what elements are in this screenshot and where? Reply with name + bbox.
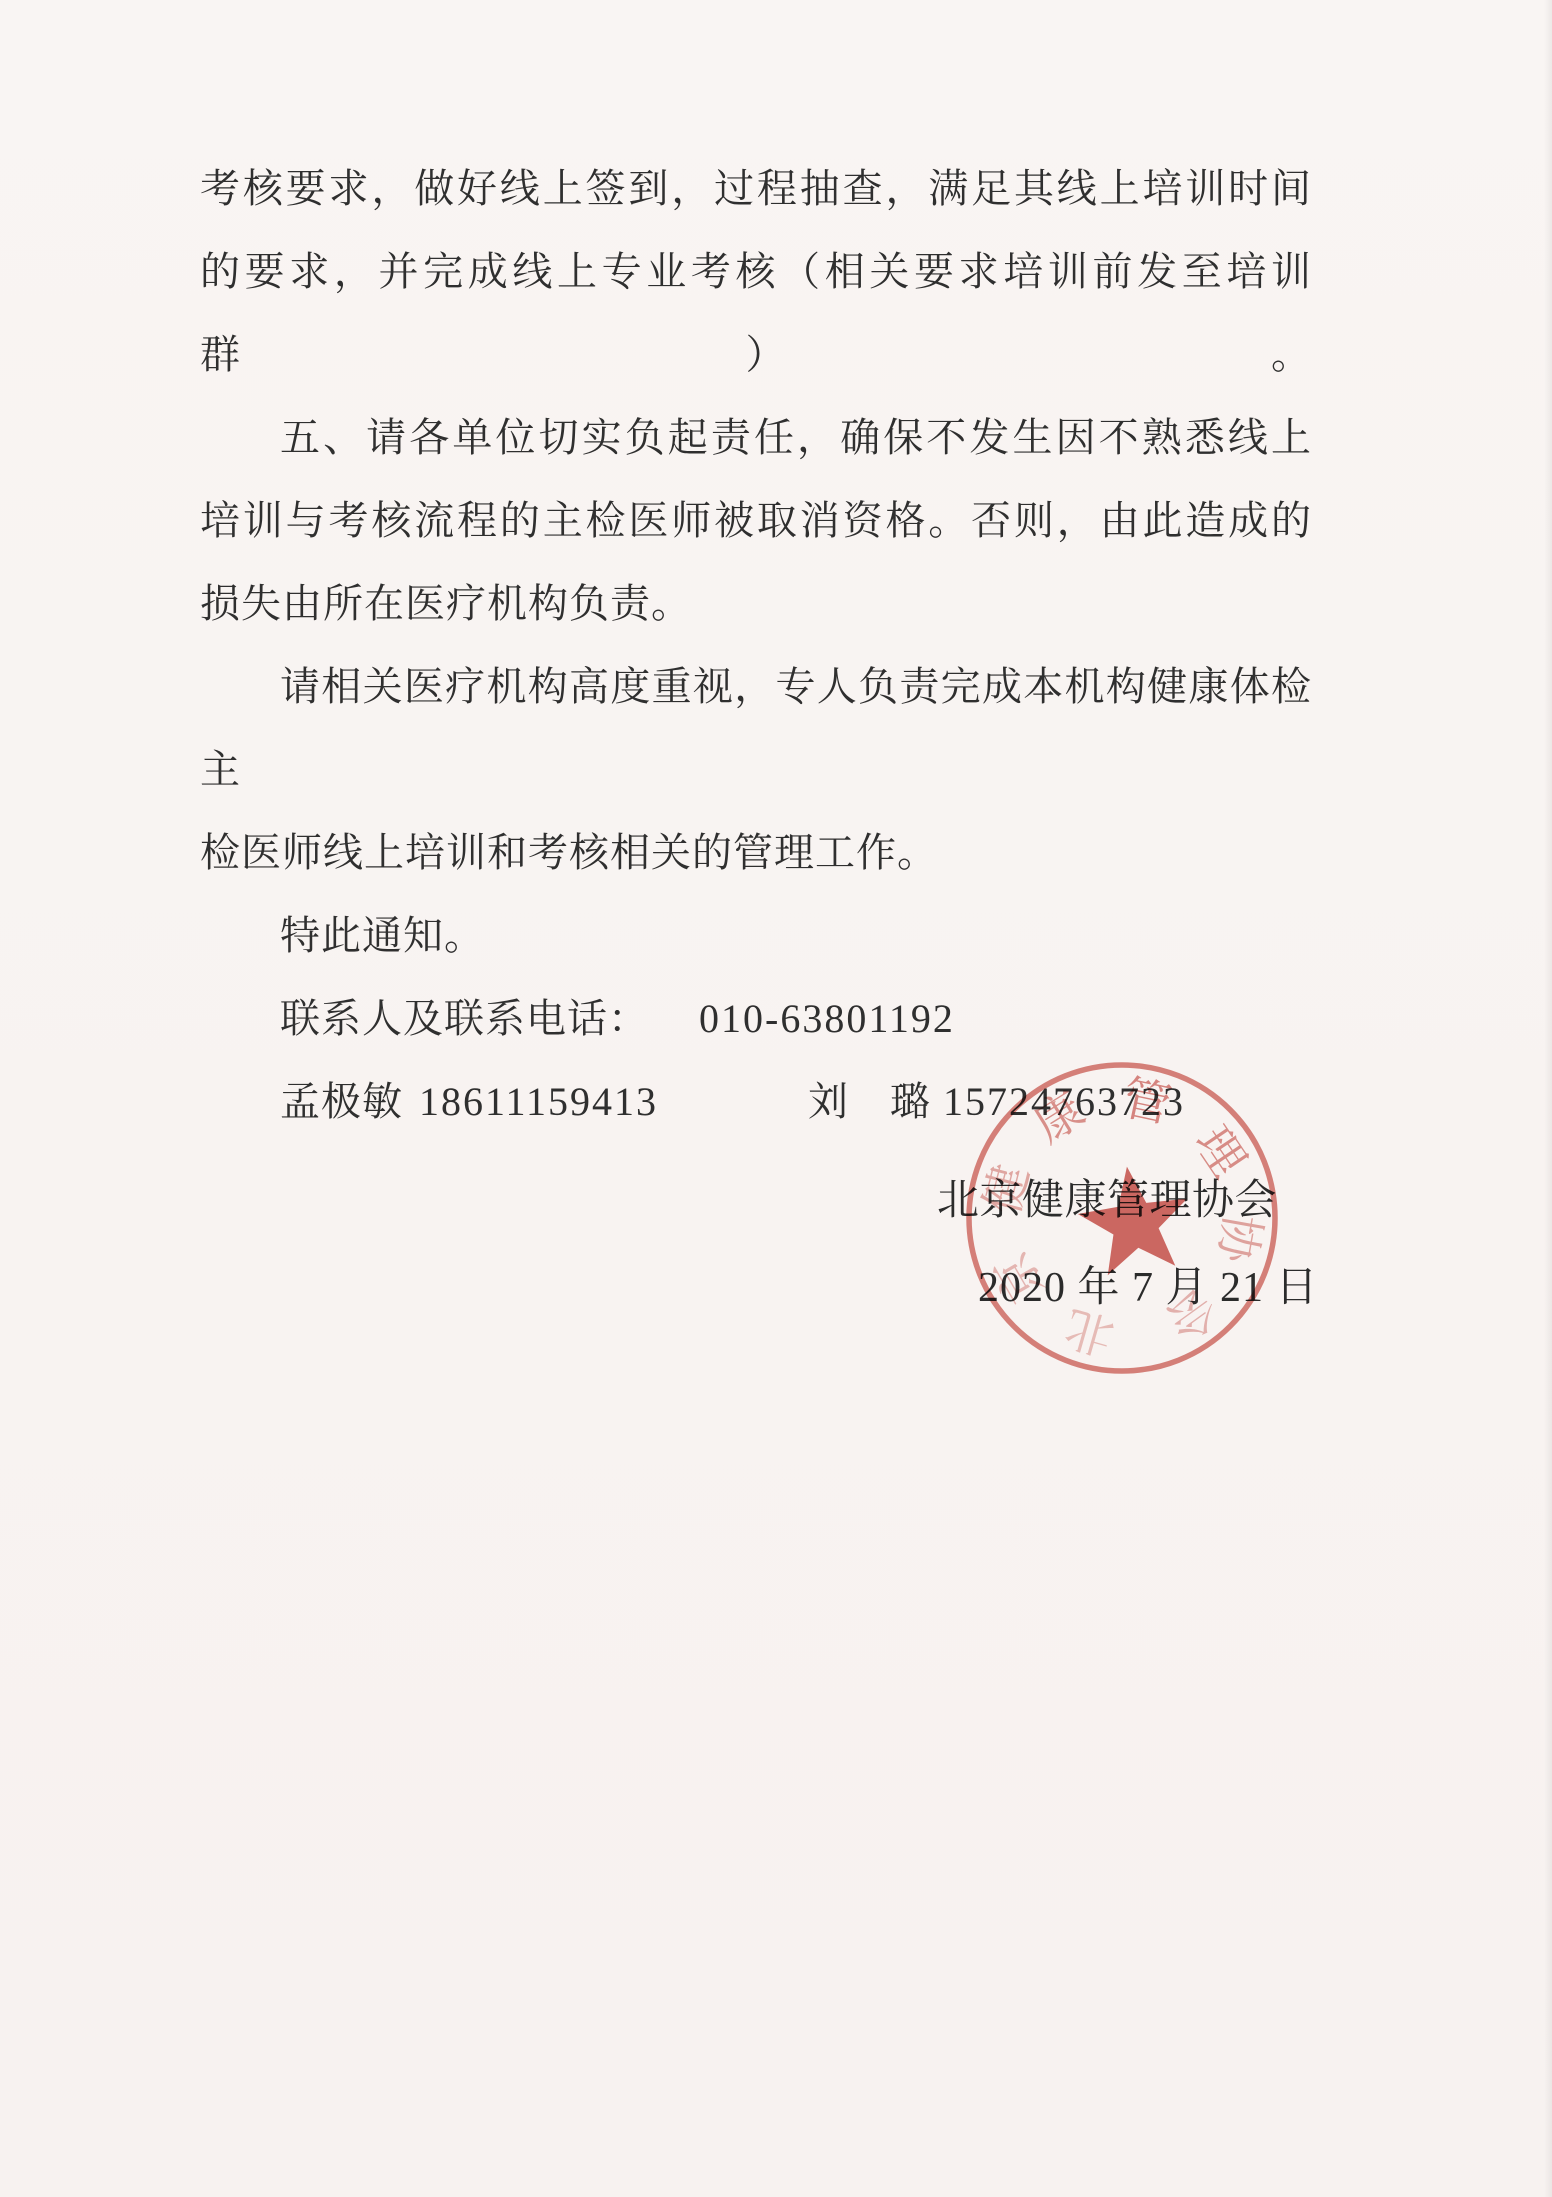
seal-ring-char: 协 <box>1208 1210 1269 1268</box>
body-line: 请相关医疗机构高度重视，专人负责完成本机构健康体检主 <box>200 645 1312 811</box>
seal-ring-char: 管 <box>1118 1072 1176 1134</box>
seal-ring-char: 健 <box>976 1160 1039 1219</box>
official-seal: 北 京 健 康 管 理 协 会 <box>962 1058 1282 1378</box>
body-line: 培训与考核流程的主检医师被取消资格。否则，由此造成的 <box>200 479 1312 562</box>
document-page: 考核要求，做好线上签到，过程抽查，满足其线上培训时间 的要求，并完成线上专业考核… <box>0 0 1552 2197</box>
contact-person1-name: 孟极敏 <box>280 1079 403 1124</box>
contact-person2-name: 刘 璐 <box>808 1079 931 1124</box>
scan-edge-shading <box>1544 0 1552 2197</box>
seal-ring-char: 北 <box>1059 1299 1120 1363</box>
star-icon <box>1072 1159 1196 1278</box>
contact-person1-phone: 18611159413 <box>419 1079 658 1124</box>
body-line: 五、请各单位切实负起责任，确保不发生因不熟悉线上 <box>200 396 1312 479</box>
notice-body: 考核要求，做好线上签到，过程抽查，满足其线上培训时间 的要求，并完成线上专业考核… <box>200 147 1312 1143</box>
contact-label: 联系人及联系电话： <box>280 996 649 1041</box>
contact-line: 联系人及联系电话：010-63801192 <box>200 977 1312 1060</box>
body-line: 考核要求，做好线上签到，过程抽查，满足其线上培训时间 <box>200 147 1312 230</box>
body-line: 的要求，并完成线上专业考核（相关要求培训前发至培训群）。 <box>200 230 1312 396</box>
body-line: 检医师线上培训和考核相关的管理工作。 <box>200 811 1312 894</box>
body-line: 特此通知。 <box>200 894 1312 977</box>
contact-phone: 010-63801192 <box>699 996 955 1041</box>
body-line: 损失由所在医疗机构负责。 <box>200 562 1312 645</box>
